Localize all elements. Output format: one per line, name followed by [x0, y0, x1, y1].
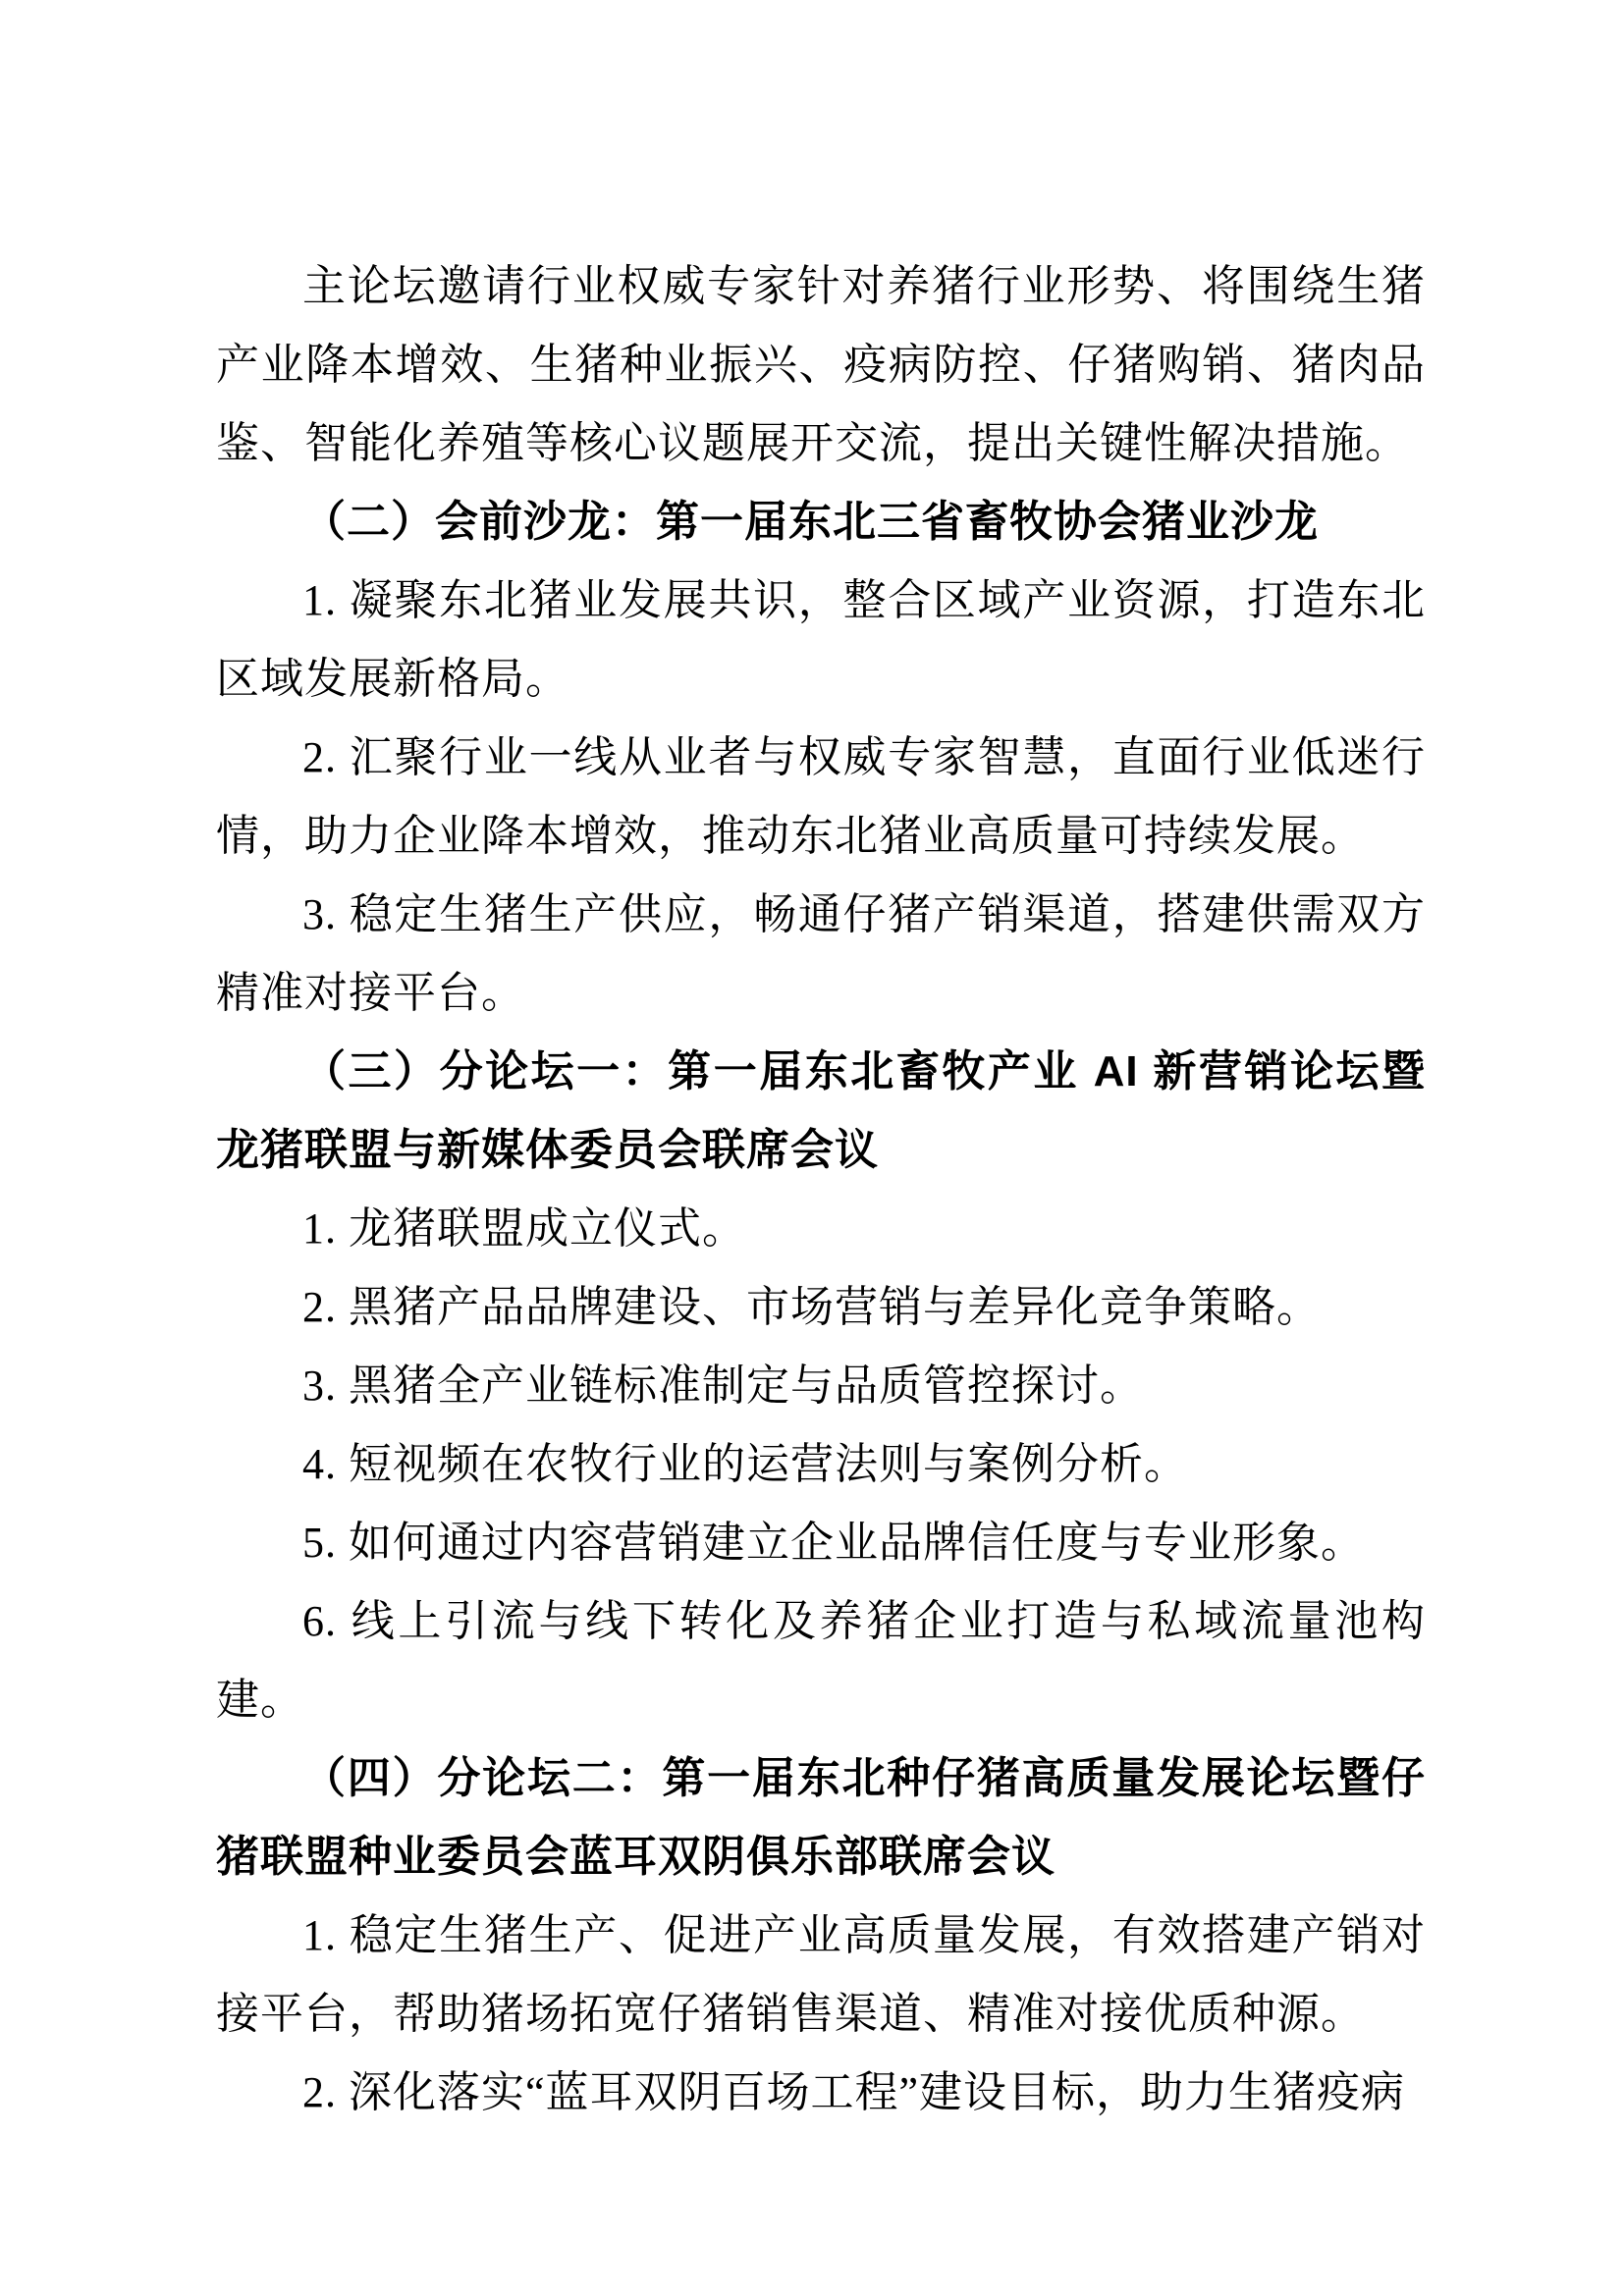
paragraph: 1. 龙猪联盟成立仪式。	[216, 1190, 1426, 1268]
document-body: 主论坛邀请行业权威专家针对养猪行业形势、将围绕生猪产业降本增效、生猪种业振兴、疫…	[216, 247, 1426, 2132]
paragraph: 2. 汇聚行业一线从业者与权威专家智慧，直面行业低迷行情，助力企业降本增效，推动…	[216, 719, 1426, 876]
paragraph: 2. 深化落实“蓝耳双阴百场工程”建设目标，助力生猪疫病	[216, 2054, 1426, 2132]
paragraph: 6. 线上引流与线下转化及养猪企业打造与私域流量池构建。	[216, 1582, 1426, 1739]
paragraph: 1. 凝聚东北猪业发展共识，整合区域产业资源，打造东北区域发展新格局。	[216, 561, 1426, 719]
paragraph: 2. 黑猪产品品牌建设、市场营销与差异化竞争策略。	[216, 1268, 1426, 1347]
paragraph: 4. 短视频在农牧行业的运营法则与案例分析。	[216, 1425, 1426, 1504]
document-page: 主论坛邀请行业权威专家针对养猪行业形势、将围绕生猪产业降本增效、生猪种业振兴、疫…	[0, 0, 1624, 2296]
section-heading: （三）分论坛一：第一届东北畜牧产业 AI 新营销论坛暨龙猪联盟与新媒体委员会联席…	[216, 1033, 1426, 1190]
section-heading: （二）会前沙龙：第一届东北三省畜牧协会猪业沙龙	[216, 483, 1426, 561]
paragraph: 5. 如何通过内容营销建立企业品牌信任度与专业形象。	[216, 1504, 1426, 1582]
section-heading: （四）分论坛二：第一届东北种仔猪高质量发展论坛暨仔猪联盟种业委员会蓝耳双阴俱乐部…	[216, 1739, 1426, 1896]
paragraph: 3. 稳定生猪生产供应，畅通仔猪产销渠道，搭建供需双方精准对接平台。	[216, 876, 1426, 1033]
paragraph: 主论坛邀请行业权威专家针对养猪行业形势、将围绕生猪产业降本增效、生猪种业振兴、疫…	[216, 247, 1426, 483]
paragraph: 3. 黑猪全产业链标准制定与品质管控探讨。	[216, 1347, 1426, 1425]
paragraph: 1. 稳定生猪生产、促进产业高质量发展，有效搭建产销对接平台，帮助猪场拓宽仔猪销…	[216, 1896, 1426, 2054]
